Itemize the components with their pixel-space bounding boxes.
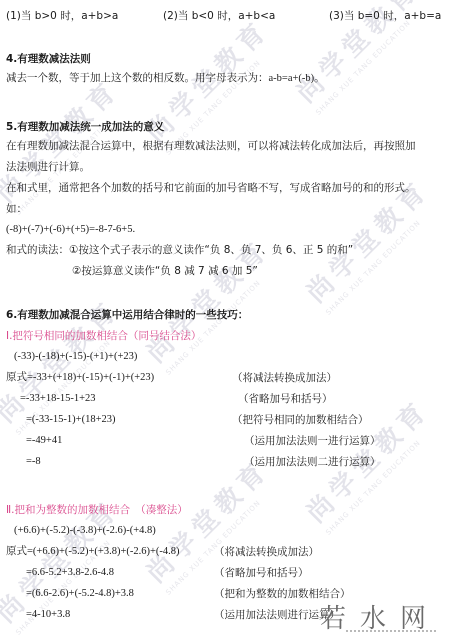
document-page: (1)当 b>0 时，a+b>a (2)当 b<0 时，a+b<a (3)当 b… [0,0,450,638]
reading-1-text: ①按这个式子表示的意义读作“负 8、负 7、负 6、正 5 的和” [69,244,353,256]
section5-reading-1: 和式的读法：①按这个式子表示的意义读作“负 8、负 7、负 6、正 5 的和” [6,243,353,257]
method2-step-2-expr: =6.6-5.2+3.8-2.6-4.8 [26,566,114,580]
method2-step-4-expr: =4-10+3.8 [26,608,70,622]
method2-step-1-note: （将减法转换成加法） [214,545,319,559]
method1-step-5-expr: =-8 [26,455,41,469]
section4-text-cn: 减去一个数，等于加上这个数的相反数。用字母表示为： [6,72,269,84]
reading-label: 和式的读法： [6,244,69,256]
section4-formula: a-b=a+(-b)。 [269,73,325,84]
section5-reading-2: ②按运算意义读作“负 8 减 7 减 6 加 5” [72,264,258,278]
case-2: (2)当 b<0 时，a+b<a [163,9,275,23]
method2-title: Ⅱ.把和为整数的加数相结合 （凑整法） [6,503,188,517]
method1-step-2-note: （省略加号和括号） [238,392,333,406]
method1-step-1-expr: 原式=-33+(+18)+(-15)+(-1)+(+23) [6,371,154,385]
section4-text: 减去一个数，等于加上这个数的相反数。用字母表示为：a-b=a+(-b)。 [6,71,325,86]
method1-step-4-note: （运用加法法则一进行运算） [244,434,381,448]
case-1: (1)当 b>0 时，a+b>a [6,9,118,23]
method1-title: Ⅰ.把符号相同的加数相结合（同号结合法） [6,329,201,343]
case-3: (3)当 b=0 时，a+b=a [329,9,441,23]
section5-example-formula: (-8)+(-7)+(-6)+(+5)=-8-7-6+5. [6,223,135,237]
method1-step-3-note: （把符号相同的加数相结合） [232,413,369,427]
method1-step-4-expr: =-49+41 [26,434,62,448]
method1-step-2-expr: =-33+18-15-1+23 [20,392,96,406]
section5-para1-line1: 在有理数加减法混合运算中，根据有理数减法法则，可以将减法转化成加法后，再按照加 [6,139,416,153]
method1-step-5-note: （运用加法法则二进行运算） [244,455,381,469]
section5-example-label: 如： [6,202,27,216]
method1-problem: (-33)-(-18)+(-15)-(+1)+(+23) [14,350,137,364]
method2-step-2-note: （省略加号和括号） [214,566,309,580]
section4-title: 4.有理数减法法则 [6,52,91,66]
section6-title: 6.有理数加减混合运算中运用结合律时的一些技巧： [6,308,248,322]
section5-para2: 在和式里，通常把各个加数的括号和它前面的加号省略不写，写成省略加号的和的形式。 [6,181,416,195]
method1-step-3-expr: =(-33-15-1)+(18+23) [26,413,116,427]
method2-problem: (+6.6)+(-5.2)-(-3.8)+(-2.6)-(+4.8) [14,524,156,538]
method1-step-1-note: （将减法转换成加法） [232,371,337,385]
brand-logo-underline [346,630,436,634]
section5-title: 5.有理数加减法统一成加法的意义 [6,120,164,134]
method2-step-1-expr: 原式=(+6.6)+(-5.2)+(+3.8)+(-2.6)+(-4.8) [6,545,180,559]
section5-para1-line2: 法法则进行计算。 [6,160,90,174]
method2-step-3-expr: =(6.6-2.6)+(-5.2-4.8)+3.8 [26,587,134,601]
